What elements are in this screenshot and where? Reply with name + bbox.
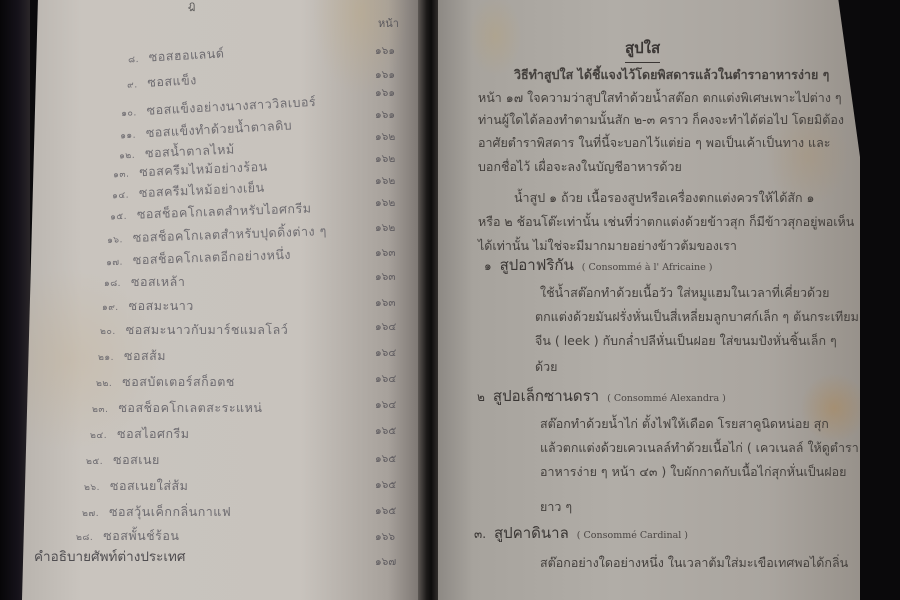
text-line: ยาว ๆ xyxy=(540,497,572,517)
toc-page-number: ๑๖๑ xyxy=(375,66,395,83)
text-line: อาหารง่าย ๆ หน้า ๔๓ ) ใบผักกาดกับเนื้อไก… xyxy=(540,462,846,482)
toc-page-number: ๑๖๑ xyxy=(375,42,395,59)
toc-item: ๒๐.ซอสมะนาวกับมาร์ชแมลโลว์ xyxy=(100,320,288,340)
text-line: ตกแต่งด้วยมันฝรั่งหั่นเป็นสี่เหลี่ยมลูกบ… xyxy=(535,307,859,327)
toc-item: ๒๔.ซอสไอศกรีม xyxy=(90,424,189,444)
toc-footer-entry: คำอธิบายศัพท์ต่างประเทศ xyxy=(34,545,185,567)
text-line: หรือ ๒ ช้อนโต๊ะเท่านั้น เช่นที่ว่าตกแต่ง… xyxy=(478,212,854,232)
toc-page-number: ๑๖๔ xyxy=(375,344,396,361)
text-line: ด้วย xyxy=(535,357,557,377)
toc-page-number: ๑๖๒ xyxy=(375,172,395,189)
text-line: วิธีทำสูปใส ได้ชี้แจงไว้โดยพิสดารแล้วในต… xyxy=(514,65,829,85)
toc-page-number: ๑๖๖ xyxy=(375,528,395,545)
toc-page-number: ๑๖๓ xyxy=(375,244,396,261)
toc-page-number: ๑๖๒ xyxy=(375,194,395,211)
toc-item: ๒๗.ซอสวุ้นเค็กกลิ่นกาแฟ xyxy=(82,502,231,522)
toc-item: ๒๕.ซอสเนย xyxy=(86,450,160,470)
toc-item: ๒๑.ซอสส้ม xyxy=(98,346,166,366)
toc-page-number: ๑๖๕ xyxy=(375,502,396,519)
text-line: สต๊อกทำด้วยน้ำไก่ ตั้งไฟให้เดือด โรยสาคู… xyxy=(540,414,829,434)
toc-item: ๙.ซอสแข็ง xyxy=(127,70,198,94)
text-line: สต๊อกอย่างใดอย่างหนึ่ง ในเวลาต้มใส่มะเขื… xyxy=(540,553,848,573)
toc-page-number: ๑๖๑ xyxy=(375,106,395,123)
toc-page-number: ๑๖๔ xyxy=(375,370,396,387)
toc-item: ๒๒.ซอสบัตเตอร์สก็อตช xyxy=(96,372,235,392)
toc-item: ๒๓.ซอสช็อคโกเลตสะระแหน่ xyxy=(92,398,262,418)
toc-item: ๒๖.ซอสเนยใส่ส้ม xyxy=(84,476,188,496)
text-line: แล้วตกแต่งด้วยเควเนลล์ทำด้วยเนื้อไก่ ( เ… xyxy=(540,438,859,458)
toc-page-number: ๑๖๗ xyxy=(375,553,396,570)
recipe-heading: ๓.สูปคาดินาล( Consommé Cardinal ) xyxy=(474,521,688,545)
page-column-label: หน้า xyxy=(378,14,399,32)
text-line: ใช้น้ำสต๊อกทำด้วยเนื้อวัว ใส่หมูแฮมในเวล… xyxy=(540,283,829,303)
toc-page-number: ๑๖๒ xyxy=(375,128,395,145)
toc-page-number: ๑๖๑ xyxy=(375,84,395,101)
toc-page-number: ๑๖๔ xyxy=(375,396,396,413)
text-line: อาศัยตำราพิสดาร ในที่นี้จะบอกไว้แต่ย่อ ๆ… xyxy=(478,133,830,153)
recipe-heading: ๑สูปอาฟริกัน( Consommé à l' Africaine ) xyxy=(484,253,712,277)
toc-page-number: ๑๖๕ xyxy=(375,450,396,467)
text-line: บอกชื่อไว้ เผื่อจะลงในบัญชีอาหารด้วย xyxy=(478,157,682,177)
text-line: หน้า ๑๗ ใจความว่าสูปใสทำด้วยน้ำสต๊อก ตกแ… xyxy=(478,88,842,108)
page-header-mark: ฎ xyxy=(188,0,195,14)
toc-page-number: ๑๖๓ xyxy=(375,268,396,285)
toc-item: ๑๙.ซอสมะนาว xyxy=(102,296,194,316)
recipe-heading: ๒สูปอเล็กซานดรา( Consommé Alexandra ) xyxy=(477,384,726,408)
background-right xyxy=(860,0,900,600)
toc-page-number: ๑๖๒ xyxy=(375,150,395,167)
book-gutter xyxy=(418,0,440,600)
toc-page-number: ๑๖๓ xyxy=(375,294,396,311)
text-line: น้ำสูป ๑ ถ้วย เนื้อรองสูปหรือเครื่องตกแต… xyxy=(514,188,814,208)
toc-page-number: ๑๖๔ xyxy=(375,318,396,335)
toc-page-number: ๑๖๒ xyxy=(375,219,395,236)
toc-page-number: ๑๖๕ xyxy=(375,476,396,493)
toc-page-number: ๑๖๕ xyxy=(375,422,396,439)
text-line: ท่านผู้ใดได้ลองทำตามนั้นสัก ๒-๓ คราว ก็ค… xyxy=(478,110,844,130)
text-line: จีน ( leek ) กับกล่ำปลีหั่นเป็นฝอย ใส่ขน… xyxy=(535,331,837,351)
section-title: สูปใส xyxy=(625,36,660,63)
toc-item: ๒๘.ซอสพั้นช์ร้อน xyxy=(76,526,179,546)
toc-item: ๑๘.ซอสเหล้า xyxy=(104,272,185,292)
